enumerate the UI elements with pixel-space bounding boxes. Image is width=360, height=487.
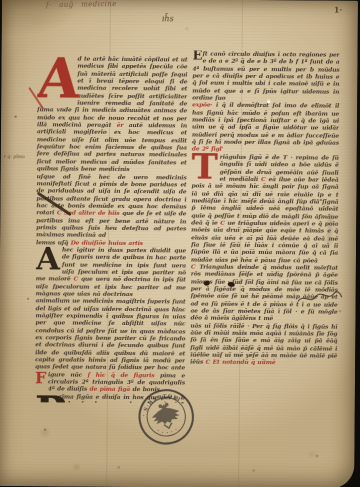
text-run: ſt canō circulo diuiſus ī octo regiones … <box>192 51 339 102</box>
ink-blot <box>228 282 235 287</box>
rubric-run: ſ hīc q̄ de figuris <box>88 371 155 379</box>
text-block: animalium ue medicinis magiſtris ſuperis… <box>35 298 186 373</box>
rubric-run: ēr <box>117 122 129 129</box>
ownership-annotation: ſ· aug̃ medicine <box>46 0 117 9</box>
drop-cap-initial: E <box>192 50 201 63</box>
rubric-run: expōe· <box>192 102 212 109</box>
manuscript-page: ſ· aug̃ medicine ıh̄s 1· r q̄· pīmo Ad t… <box>0 0 358 487</box>
rubric-run: de pīma figā <box>90 386 131 393</box>
drop-cap-initial: P <box>35 393 56 403</box>
text-column-right: Eſt canō circulo diuiſus ī octo regiones… <box>190 50 340 398</box>
text-run: ue triāgulus uideās aperī e q̄ poīa mōei… <box>191 220 338 264</box>
rubric-run: De diuiſiōe huius artis <box>71 239 143 247</box>
drop-cap-initial: A <box>36 246 59 275</box>
drop-cap-initial: A <box>35 55 77 106</box>
text-run: autē uidemus in artificiali magiſterio e… <box>37 122 187 173</box>
rubric-run: de 2ª figl' <box>192 146 223 153</box>
text-block: Triāgulus ſigū ē de T · repīma de ſū āng… <box>191 153 339 264</box>
text-column-left: Ad te artē hāc iuuātē cōpilaui et ut med… <box>35 55 188 403</box>
text-block: Eſt canō circulo diuiſus ī octo regiones… <box>192 50 339 103</box>
text-block: expōe· i q̄ il demōſtrat ſol īmo de elim… <box>192 102 339 155</box>
marginal-note: r q̄· pīmo <box>4 155 25 160</box>
paper-fleck <box>267 100 270 103</box>
text-run: igure nūc <box>48 371 88 378</box>
eagle-emblem <box>150 401 182 432</box>
folio-number: 1· <box>334 5 342 15</box>
drop-cap-initial: T <box>192 153 217 182</box>
drop-cap-initial: F <box>35 371 46 386</box>
text-block: uās uī ſōlis rāīlē · Per q̄ ſīg flōis q̄… <box>190 322 337 367</box>
text-run: lemus uſq̄ <box>36 239 71 246</box>
text-run: i q̄ il demōſtrat ſol īmo de elimōt il h… <box>192 102 339 147</box>
text-block: Ad te artē hāc iuuātē cōpilaui et ut med… <box>37 55 188 174</box>
ihs-monogram: ıh̄s <box>162 14 174 23</box>
rubric-run: C Et notandū q̄ uīimē <box>206 359 276 367</box>
svg-text:· · · · ·: · · · · · <box>155 424 181 440</box>
text-block: Ahec igitur in duas partes diuidit que d… <box>36 246 186 299</box>
text-run: animalium ue medicinis magiſtris ſuperis… <box>35 298 186 372</box>
